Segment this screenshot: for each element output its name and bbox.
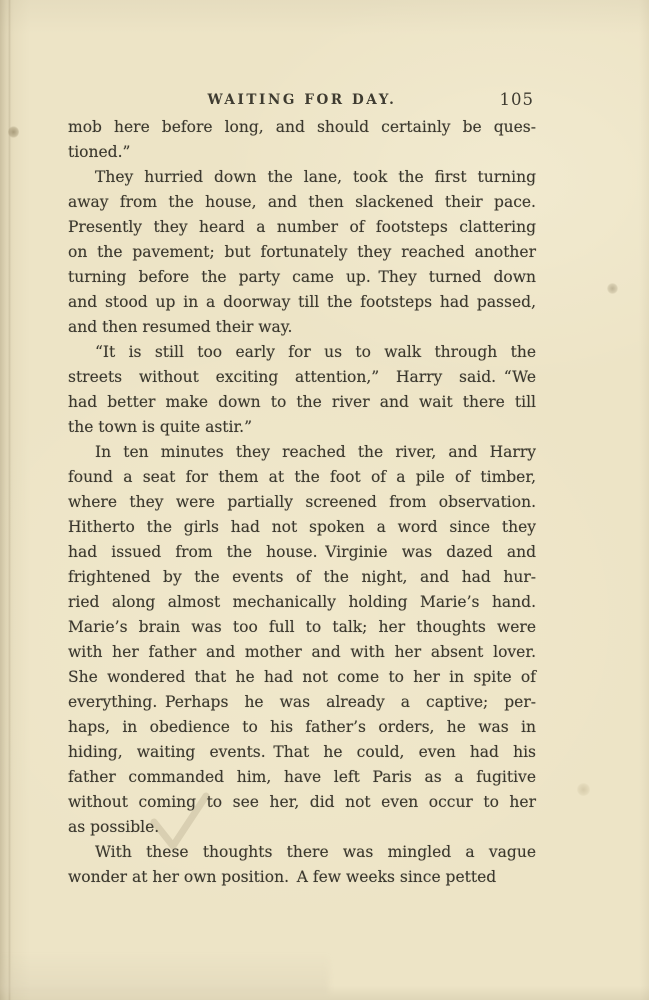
foxing-spot <box>607 283 618 294</box>
running-title: WAITING FOR DAY. <box>68 92 536 108</box>
text-line: In ten minutes they reached the river, a… <box>68 440 536 465</box>
text-line: where they were partially screened from … <box>68 490 536 515</box>
text-line: Marie’s brain was too full to talk; her … <box>68 615 536 640</box>
text-line: father commanded him, have left Paris as… <box>68 765 536 790</box>
page-header: WAITING FOR DAY. 105 <box>68 92 536 112</box>
text-line: hiding, waiting events. That he could, e… <box>68 740 536 765</box>
text-line: had issued from the house. Virginie was … <box>68 540 536 565</box>
text-line: the town is quite astir.” <box>68 415 536 440</box>
text-line: away from the house, and then slackened … <box>68 190 536 215</box>
text-line: and stood up in a doorway till the foots… <box>68 290 536 315</box>
text-line: haps, in obedience to his father’s order… <box>68 715 536 740</box>
page-crease <box>8 0 11 1000</box>
foxing-spot <box>8 126 19 138</box>
foxing-spot <box>577 783 590 796</box>
page-text: mob here before long, and should certain… <box>68 115 536 890</box>
text-line: With these thoughts there was mingled a … <box>68 840 536 865</box>
bottom-scan-shadow <box>0 955 329 993</box>
text-line: They hurried down the lane, took the fir… <box>68 165 536 190</box>
paragraph: mob here before long, and should certain… <box>68 115 536 165</box>
text-line: Presently they heard a number of footste… <box>68 215 536 240</box>
text-line: ried along almost mechanically holding M… <box>68 590 536 615</box>
paragraph: With these thoughts there was mingled a … <box>68 840 536 890</box>
text-line: on the pavement; but fortunately they re… <box>68 240 536 265</box>
text-line: wonder at her own position. A few weeks … <box>68 865 536 890</box>
paragraph: They hurried down the lane, took the fir… <box>68 165 536 340</box>
text-line: Hitherto the girls had not spoken a word… <box>68 515 536 540</box>
text-line: “It is still too early for us to walk th… <box>68 340 536 365</box>
text-line: had better make down to the river and wa… <box>68 390 536 415</box>
page-number: 105 <box>500 90 535 109</box>
paragraph: “It is still too early for us to walk th… <box>68 340 536 440</box>
text-line: and then resumed their way. <box>68 315 536 340</box>
text-line: as possible. <box>68 815 536 840</box>
text-line: frightened by the events of the night, a… <box>68 565 536 590</box>
text-line: tioned.” <box>68 140 536 165</box>
text-line: streets without exciting attention,” Har… <box>68 365 536 390</box>
text-line: with her father and mother and with her … <box>68 640 536 665</box>
text-line: turning before the party came up. They t… <box>68 265 536 290</box>
binding-edge-shadow <box>0 0 30 1000</box>
text-line: She wondered that he had not come to her… <box>68 665 536 690</box>
text-line: without coming to see her, did not even … <box>68 790 536 815</box>
text-line: found a seat for them at the foot of a p… <box>68 465 536 490</box>
text-line: everything. Perhaps he was already a cap… <box>68 690 536 715</box>
text-line: mob here before long, and should certain… <box>68 115 536 140</box>
paragraph: In ten minutes they reached the river, a… <box>68 440 536 840</box>
book-page: WAITING FOR DAY. 105 mob here before lon… <box>0 0 649 1000</box>
